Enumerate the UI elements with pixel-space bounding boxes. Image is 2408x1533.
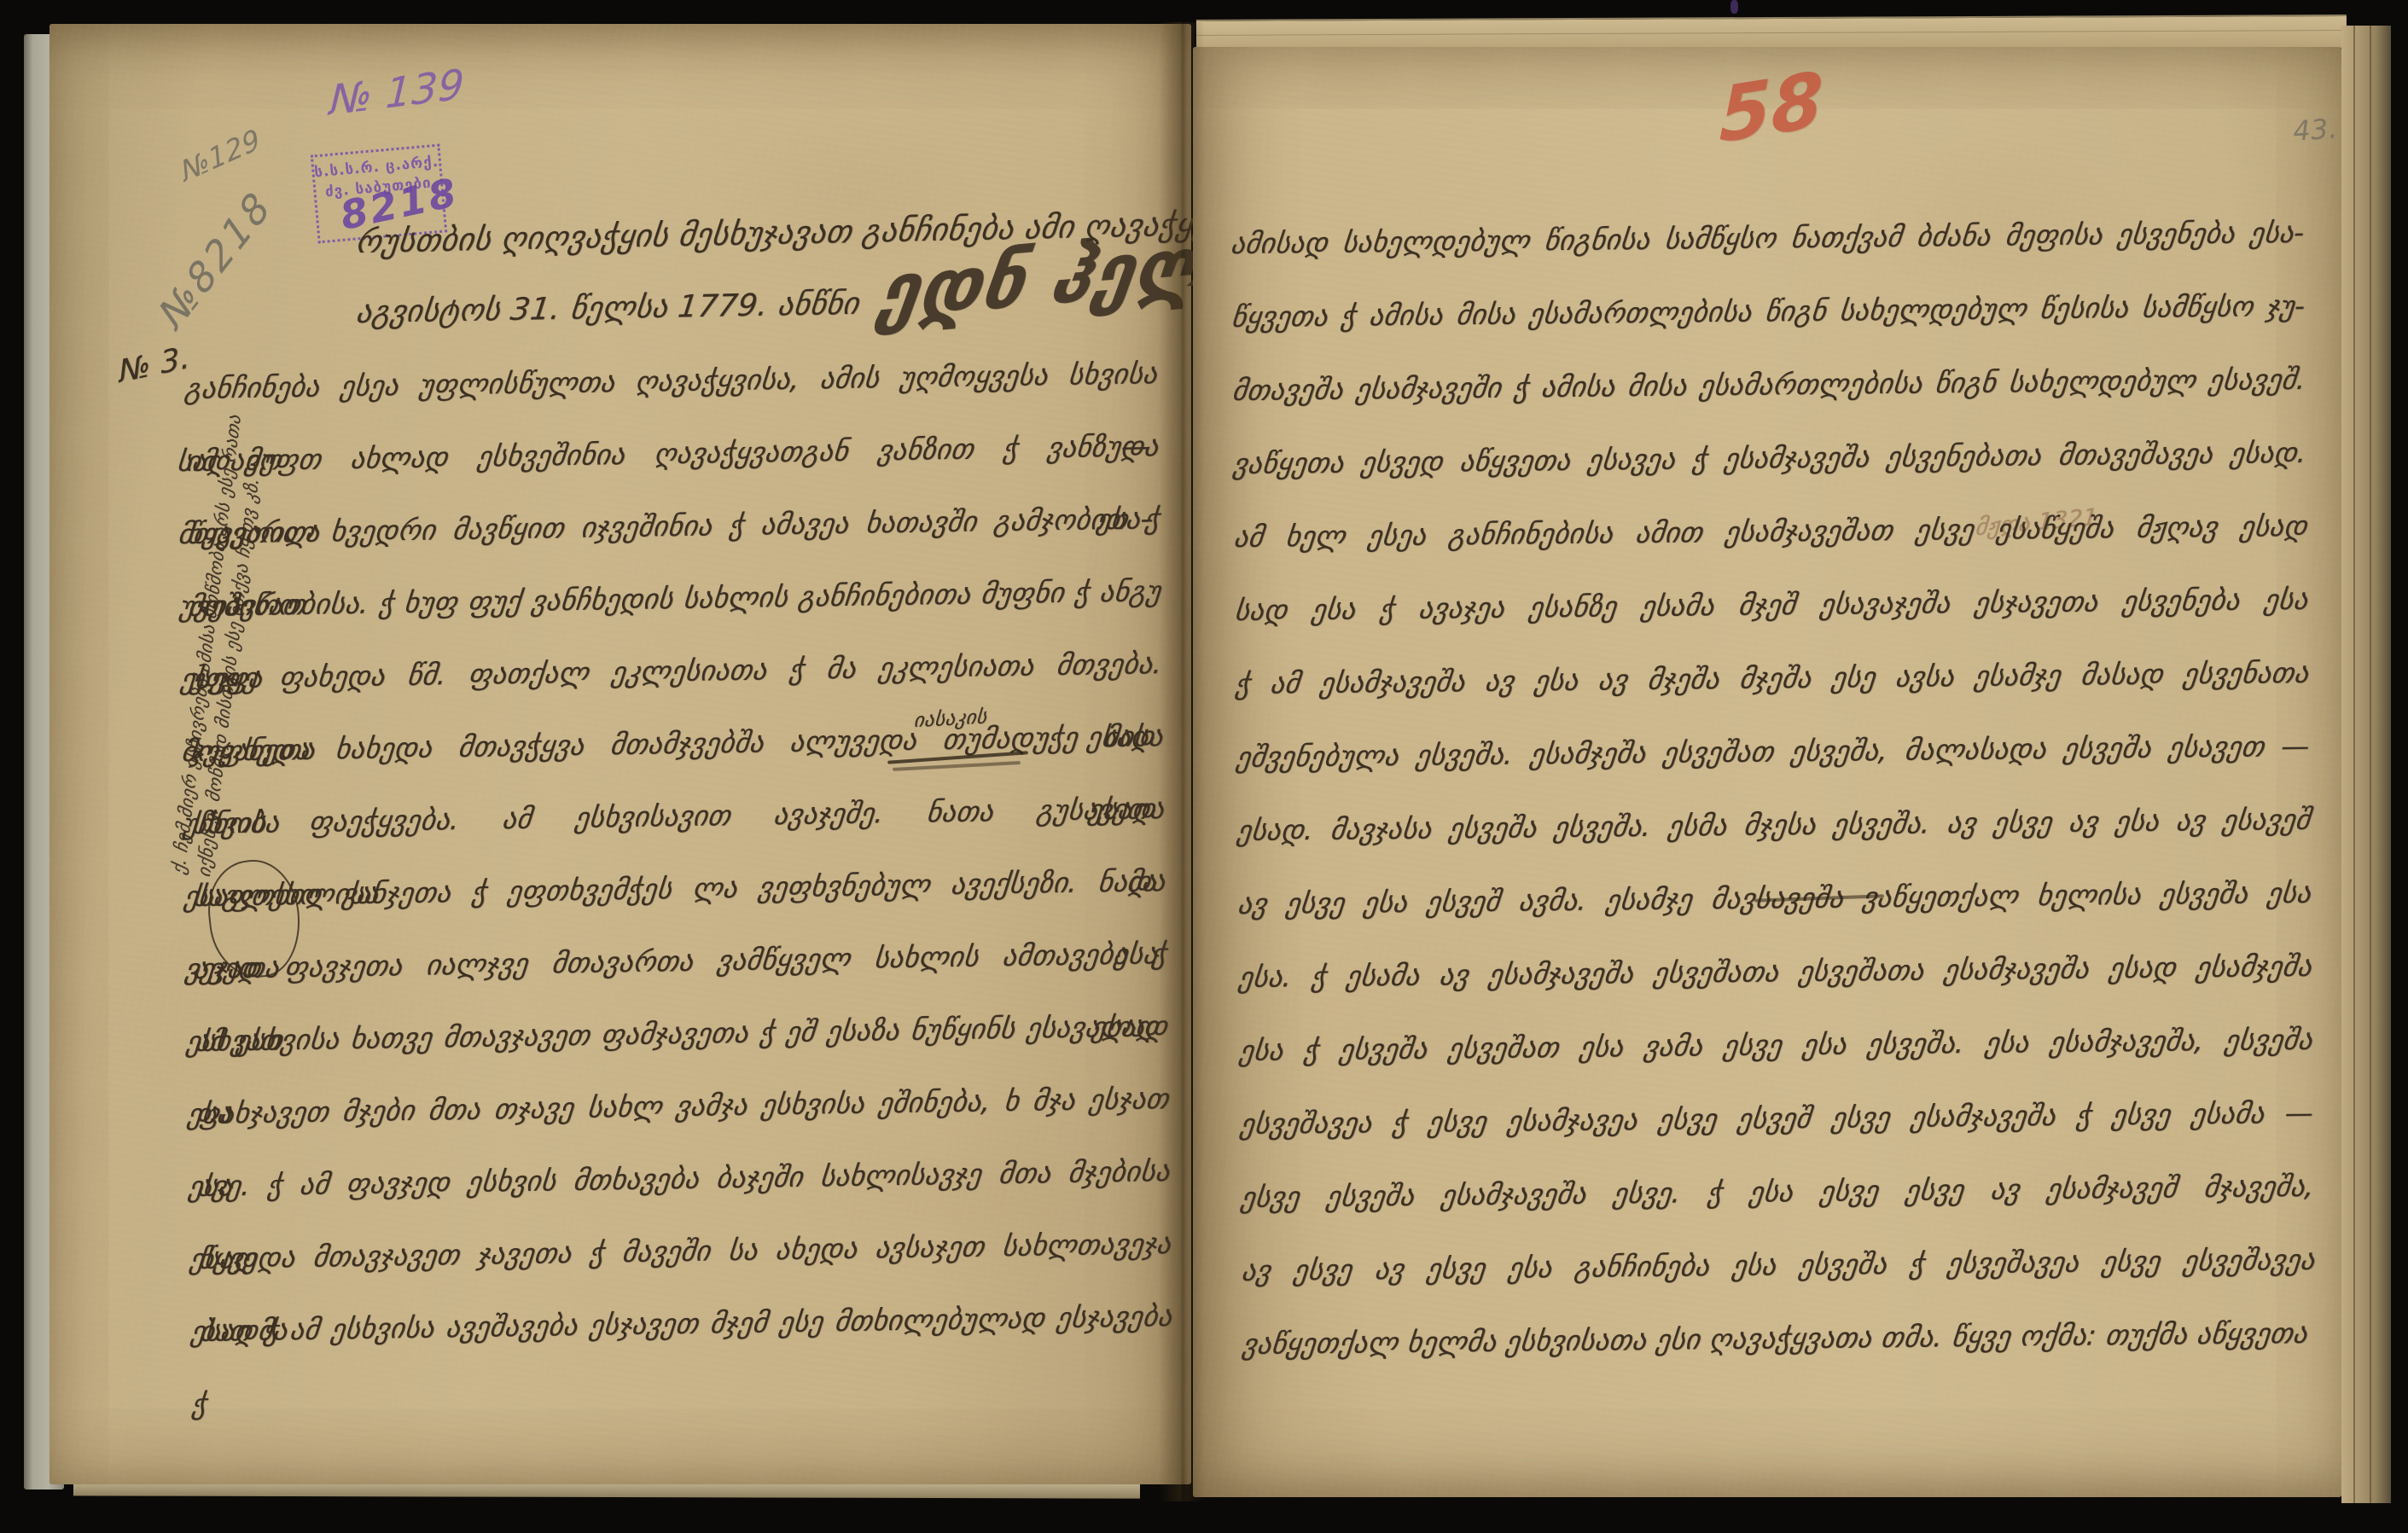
- handwriting-line: ესვე ესვეშა ესამჯავეშა ესვე. ჭ ესა ესვე …: [1236, 1150, 2318, 1234]
- handwriting-line: ვაწყეთქალ ხელმა ესხვისათა ესი ღავაჭყვათა…: [1238, 1297, 2320, 1381]
- handwriting-line: ესა. ჭ ესამა ავ ესამჯავეშა ესვეშათა ესვე…: [1235, 930, 2317, 1014]
- pencil-folio-number: 43.: [2292, 112, 2339, 148]
- document-date-line: აგვისტოს 31. წელსა 1779. ანწნი: [354, 287, 861, 330]
- handwriting-line: სად ესა ჭ ავაჯეა ესანზე ესამა მჯეშ ესავა…: [1230, 563, 2312, 647]
- page-edge-line: [2370, 26, 2371, 1503]
- handwriting-line: წყვეთა ჭ ამისა მისა ესამართლებისა წიგნ ს…: [1228, 270, 2310, 354]
- manuscript-left-page: № 139 №129 №8218 ს.ს.ს.რ. ც.არქ. ძვ. საბ…: [49, 24, 1191, 1484]
- manuscript-right-page: 58 43. მჟღა 1321 ამისად სახელდებულ წიგნი…: [1193, 47, 2341, 1497]
- handwriting-line: მთავეშა ესამჯავეში ჭ ამისა მისა ესამართლ…: [1228, 343, 2310, 427]
- right-page-body-text: ამისად სახელდებულ წიგნისა სამწყსო ნათქვა…: [1230, 196, 2316, 1381]
- page-stack-edges-right: [2341, 26, 2391, 1503]
- pencil-archive-number-small: №129: [177, 122, 264, 189]
- archival-manuscript-scan: № 139 №129 №8218 ს.ს.ს.რ. ც.არქ. ძვ. საბ…: [0, 0, 2408, 1533]
- book-gutter-shadow: [1159, 22, 1205, 1501]
- pencil-archive-number-large: №8218: [150, 181, 281, 337]
- handwriting-line: ეშვენებულა ესვეშა. ესამჯეშა ესვეშათ ესვე…: [1232, 710, 2314, 794]
- page-edge-line: [2353, 26, 2355, 1503]
- handwriting-line: ავ ესვე ავ ესვე ესა განჩინება ესა ესვეშა…: [1237, 1223, 2319, 1308]
- red-folio-number: 58: [1719, 55, 1824, 160]
- handwriting-line: ესვეშავეა ჭ ესვე ესამჯავეა ესვე ესვეშ ეს…: [1236, 1077, 2318, 1161]
- handwriting-line: ჭ ამ ესამჯავეშა ავ ესა ავ მჯეშა მჯეშა ეს…: [1231, 636, 2313, 721]
- handwriting-line: ესა ჭ ესვეშა ესვეშათ ესა ვამა ესვე ესა ე…: [1236, 1003, 2318, 1088]
- handwriting-line: ბათ ჭ ამ ესხვისა ავეშავება ესჯავეთ მჯემ …: [195, 1280, 1176, 1368]
- left-page-body-text: განჩინება ესეა უფლისწულთა ღავაჭყვისა, ამ…: [184, 337, 1173, 1368]
- page-edge-line: [1196, 30, 2347, 36]
- handwriting-line: ამისად სახელდებულ წიგნისა სამწყსო ნათქვა…: [1227, 196, 2309, 281]
- correction-superscript-word: იასაკის: [913, 706, 988, 733]
- margin-item-number: № 3.: [118, 340, 191, 390]
- purple-archive-number: № 139: [329, 61, 466, 125]
- handwriting-line: ამ ხელ ესეა განჩინებისა ამით ესამჯავეშათ…: [1230, 490, 2312, 574]
- handwriting-line: ესად. მავჯასა ესვეშა ესვეშა. ესმა მჯესა …: [1233, 783, 2315, 868]
- handwriting-line: ვაწყეთა ესვედ აწყვეთა ესავეა ჭ ესამჯავეშ…: [1229, 416, 2311, 501]
- ink-smudge: [1730, 0, 1738, 14]
